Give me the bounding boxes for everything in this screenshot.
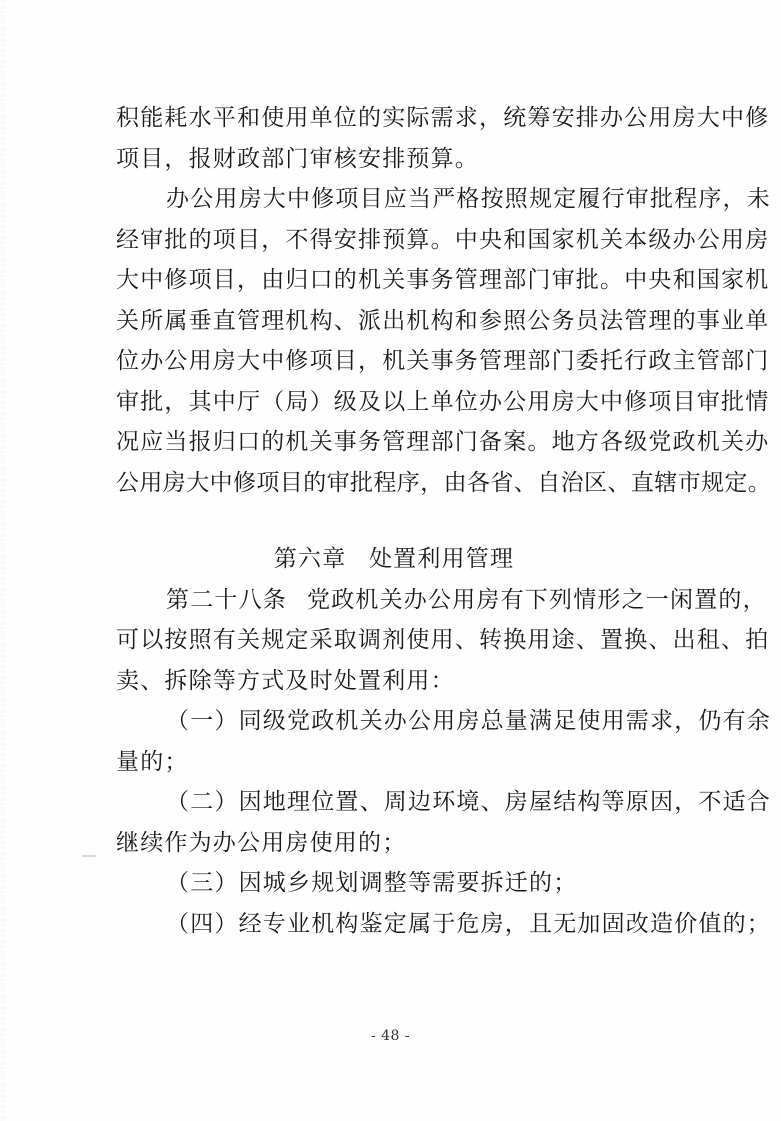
item-marker: （三） bbox=[166, 870, 239, 896]
item-text: 因城乡规划调整等需要拆迁的； bbox=[239, 870, 578, 896]
text-line: 关所属垂直管理机构、派出机构和参照公务员法管理的事业单 bbox=[116, 301, 672, 342]
text-line: （二）因地理位置、周边环境、房屋结构等原因，不适合 bbox=[116, 782, 672, 823]
text-line: 第二十八条党政机关办公用房有下列情形之一闲置的， bbox=[116, 580, 672, 621]
text-line: （四）经专业机构鉴定属于危房，且无加固改造价值的； bbox=[116, 904, 672, 945]
chapter-number: 第六章 bbox=[274, 546, 347, 572]
text-line: 办公用房大中修项目应当严格按照规定履行审批程序，未 bbox=[116, 179, 672, 220]
paragraph-continuation: 积能耗水平和使用单位的实际需求，统筹安排办公用房大中修 项目，报财政部门审核安排… bbox=[116, 98, 672, 179]
item-marker: （二） bbox=[166, 789, 239, 815]
chapter-title: 处置利用管理 bbox=[369, 546, 514, 572]
list-item: （一）同级党政机关办公用房总量满足使用需求，仍有余 量的； bbox=[116, 701, 672, 782]
text-line: （三）因城乡规划调整等需要拆迁的； bbox=[116, 863, 672, 904]
list-item: （四）经专业机构鉴定属于危房，且无加固改造价值的； bbox=[116, 904, 672, 945]
text-line: 经审批的项目，不得安排预算。中央和国家机关本级办公用房 bbox=[116, 220, 672, 261]
item-list: （一）同级党政机关办公用房总量满足使用需求，仍有余 量的； （二）因地理位置、周… bbox=[116, 701, 672, 944]
document-page: 积能耗水平和使用单位的实际需求，统筹安排办公用房大中修 项目，报财政部门审核安排… bbox=[0, 0, 781, 1121]
item-marker: （一） bbox=[166, 708, 239, 734]
text-line: 公用房大中修项目的审批程序，由各省、自治区、直辖市规定。 bbox=[116, 463, 672, 504]
text-line: 继续作为办公用房使用的； bbox=[116, 823, 672, 864]
text-line: （一）同级党政机关办公用房总量满足使用需求，仍有余 bbox=[116, 701, 672, 742]
text-line: 积能耗水平和使用单位的实际需求，统筹安排办公用房大中修 bbox=[116, 98, 672, 139]
list-item: （二）因地理位置、周边环境、房屋结构等原因，不适合 继续作为办公用房使用的； bbox=[116, 782, 672, 863]
article-number: 第二十八条 bbox=[166, 587, 287, 613]
text-line: 卖、拆除等方式及时处置利用： bbox=[116, 661, 672, 702]
item-marker: （四） bbox=[166, 911, 239, 937]
text-line: 可以按照有关规定采取调剂使用、转换用途、置换、出租、拍 bbox=[116, 620, 672, 661]
chapter-heading: 第六章 处置利用管理 bbox=[116, 539, 672, 580]
paragraph-approval: 办公用房大中修项目应当严格按照规定履行审批程序，未 经审批的项目，不得安排预算。… bbox=[116, 179, 672, 503]
text-line: 量的； bbox=[116, 742, 672, 783]
text-line: 项目，报财政部门审核安排预算。 bbox=[116, 139, 672, 180]
spacer bbox=[116, 503, 672, 539]
text-line: 位办公用房大中修项目，机关事务管理部门委托行政主管部门 bbox=[116, 341, 672, 382]
article-28: 第二十八条党政机关办公用房有下列情形之一闲置的， 可以按照有关规定采取调剂使用、… bbox=[116, 580, 672, 702]
text-line: 大中修项目，由归口的机关事务管理部门审批。中央和国家机 bbox=[116, 260, 672, 301]
item-text: 同级党政机关办公用房总量满足使用需求，仍有余 bbox=[239, 708, 771, 734]
page-number: - 48 - bbox=[0, 1028, 781, 1044]
item-text: 因地理位置、周边环境、房屋结构等原因，不适合 bbox=[239, 789, 771, 815]
scan-smudge bbox=[82, 855, 96, 857]
text-line: 况应当报归口的机关事务管理部门备案。地方各级党政机关办 bbox=[116, 422, 672, 463]
text-line: 审批，其中厅（局）级及以上单位办公用房大中修项目审批情 bbox=[116, 382, 672, 423]
article-text: 党政机关办公用房有下列情形之一闲置的， bbox=[307, 587, 767, 613]
document-body: 积能耗水平和使用单位的实际需求，统筹安排办公用房大中修 项目，报财政部门审核安排… bbox=[116, 98, 672, 944]
scan-edge bbox=[0, 0, 6, 1121]
list-item: （三）因城乡规划调整等需要拆迁的； bbox=[116, 863, 672, 904]
item-text: 经专业机构鉴定属于危房，且无加固改造价值的； bbox=[239, 911, 771, 937]
